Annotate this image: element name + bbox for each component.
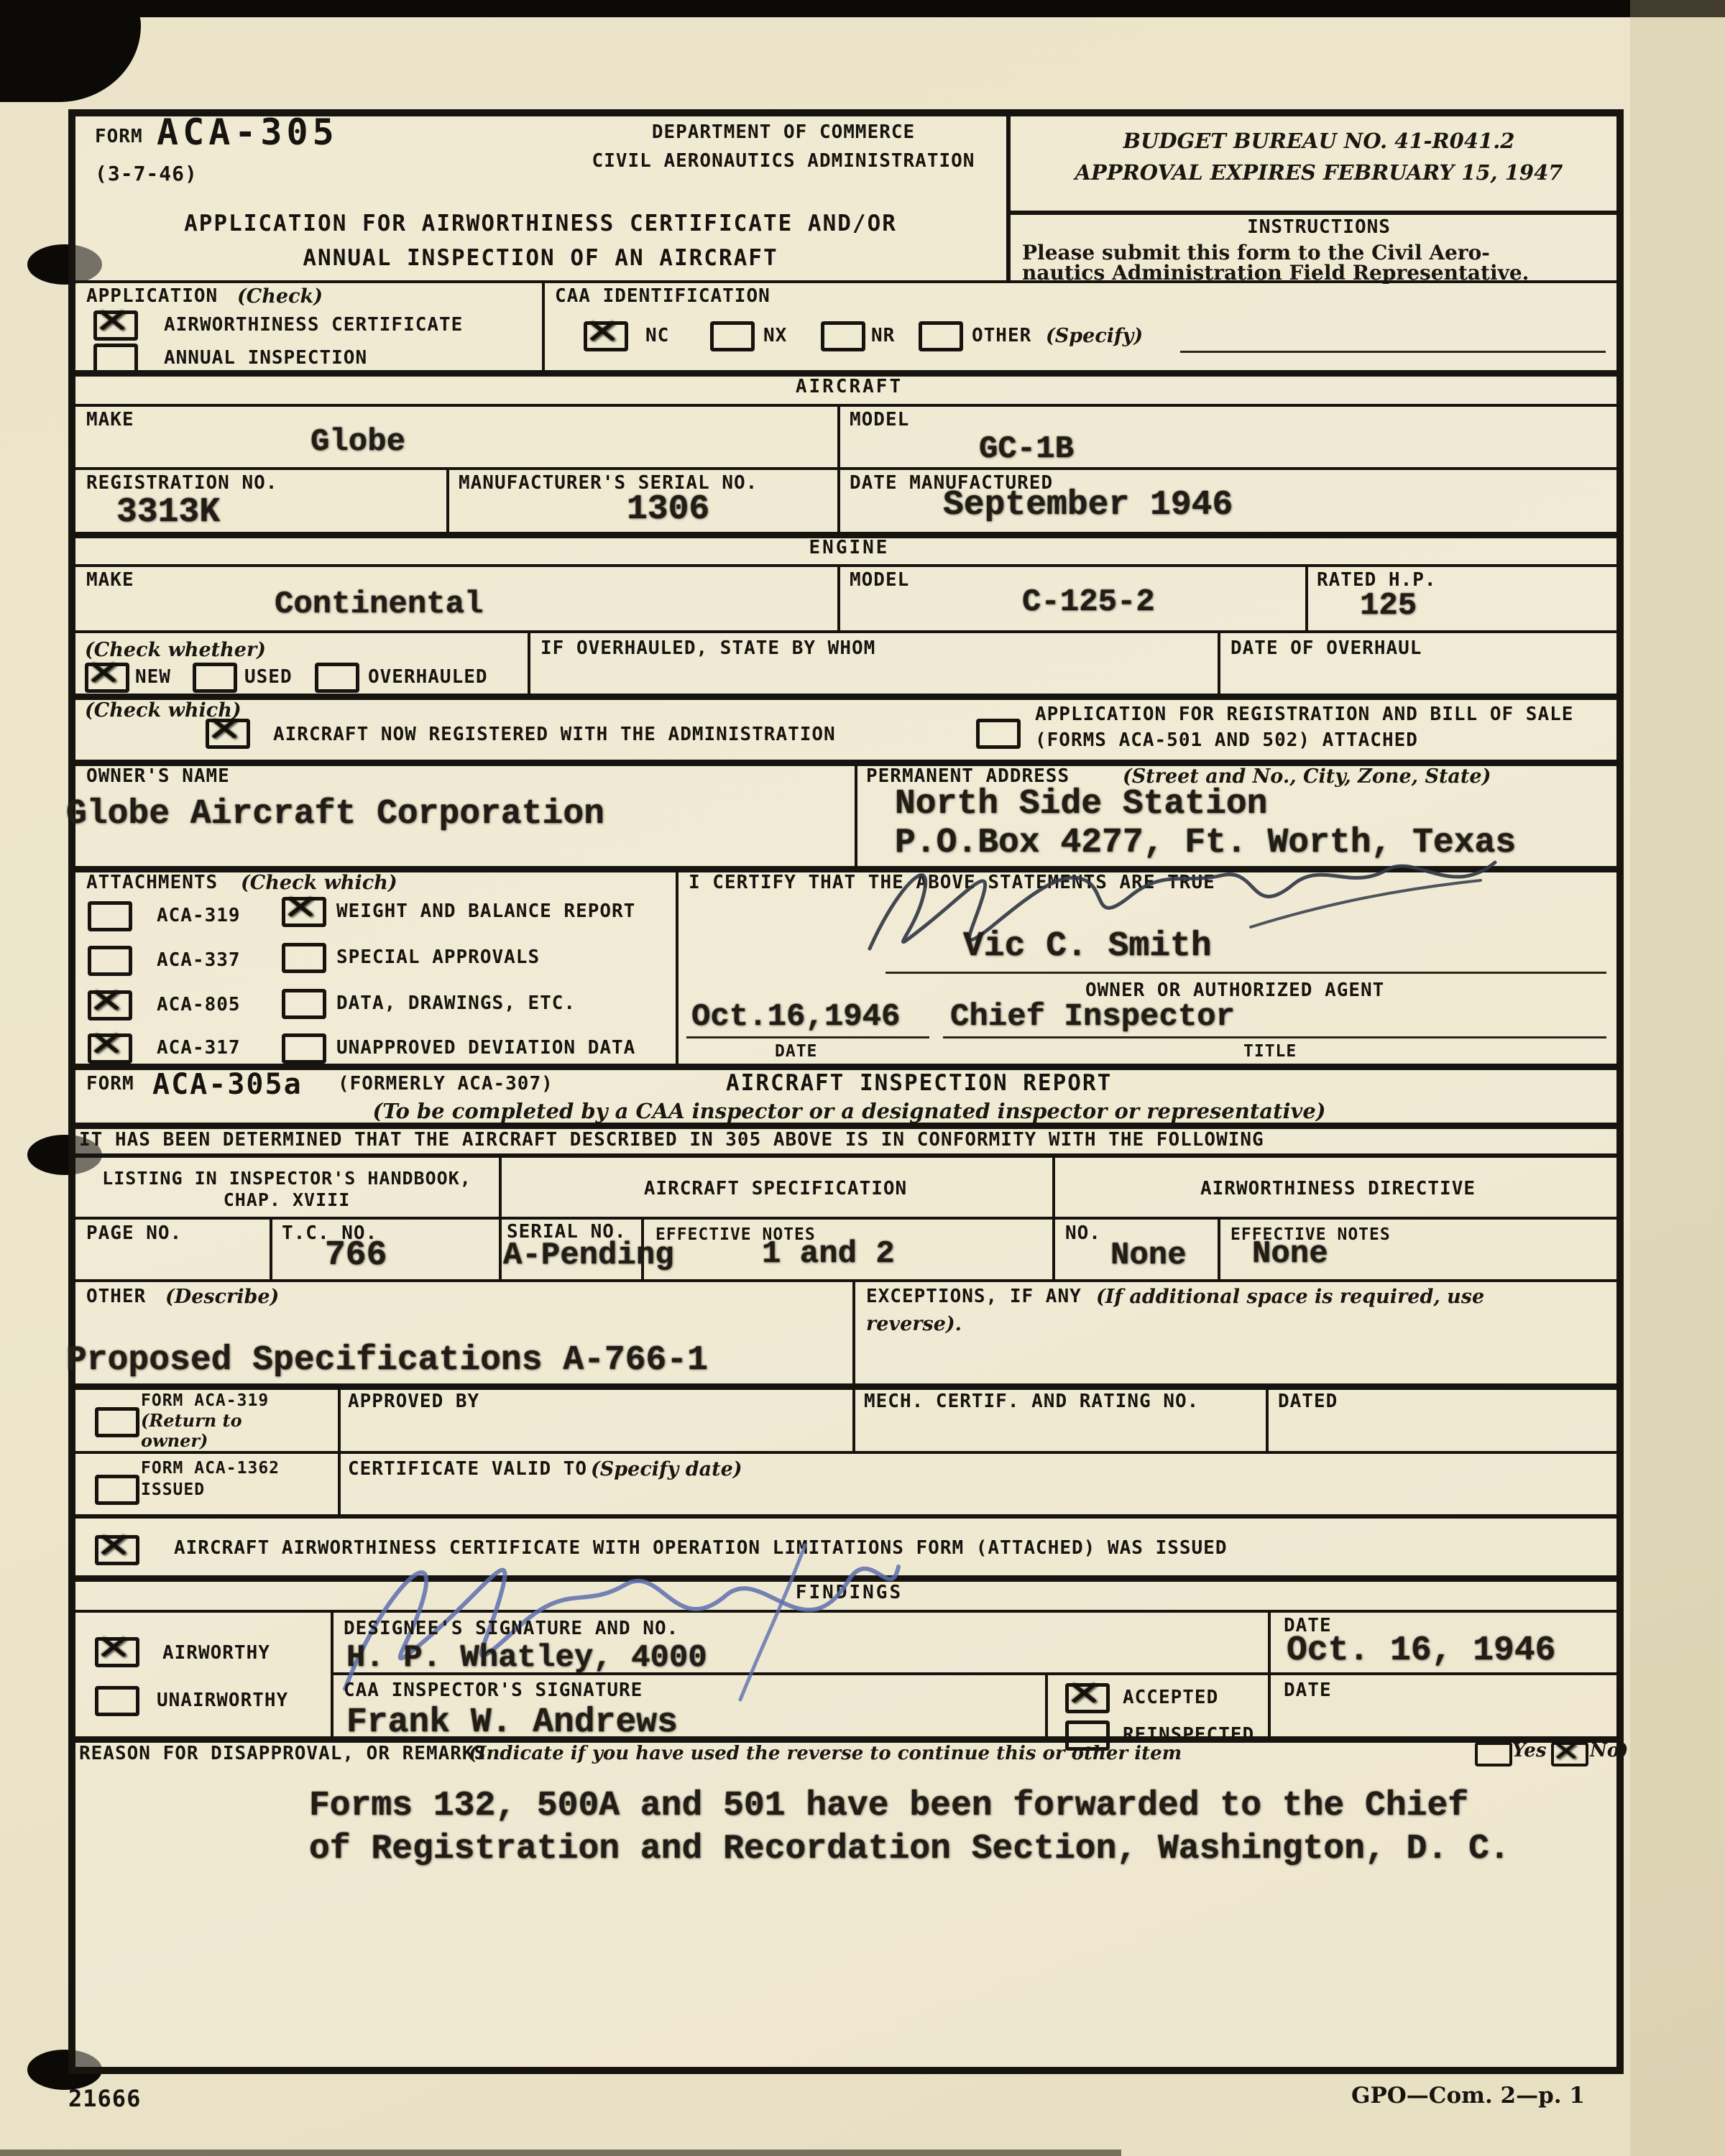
rule bbox=[1218, 1217, 1220, 1279]
approval-expires: APPROVAL EXPIRES FEBRUARY 15, 1947 bbox=[1021, 160, 1617, 185]
report-subtitle: (To be completed by a CAA inspector or a… bbox=[75, 1098, 1624, 1124]
engine-make-label: MAKE bbox=[86, 570, 134, 591]
exceptions-note1: (If additional space is required, use bbox=[1096, 1285, 1484, 1309]
form-aca-319-note1: (Return to bbox=[141, 1410, 242, 1432]
form-number: ACA-305 bbox=[157, 112, 339, 154]
accepted-checkbox[interactable]: ✕ bbox=[1065, 1683, 1110, 1713]
rule bbox=[75, 1153, 1616, 1158]
page-no-label: PAGE NO. bbox=[86, 1223, 182, 1245]
airworthiness-directive-header: AIRWORTHINESS DIRECTIVE bbox=[1052, 1179, 1624, 1200]
approved-by-label: APPROVED BY bbox=[348, 1391, 479, 1413]
rule bbox=[528, 630, 530, 694]
aca-319-checkbox[interactable]: ✕ bbox=[88, 901, 132, 931]
rule bbox=[75, 280, 1616, 283]
department-line: DEPARTMENT OF COMMERCE bbox=[561, 122, 1006, 144]
rule bbox=[1218, 630, 1220, 694]
overhauled-by-label: IF OVERHAULED, STATE BY WHOM bbox=[540, 638, 875, 660]
rule bbox=[837, 564, 840, 630]
application-attached-line2: (FORMS ACA-501 AND 502) ATTACHED bbox=[1035, 730, 1418, 752]
nx-label: NX bbox=[763, 326, 787, 347]
caa-identification-label: CAA IDENTIFICATION bbox=[555, 286, 770, 308]
aca-337-checkbox[interactable]: ✕ bbox=[88, 946, 132, 976]
form-word-label: FORM bbox=[95, 126, 143, 148]
data-drawings-label: DATA, DRAWINGS, ETC. bbox=[336, 993, 576, 1015]
owners-name-label: OWNER'S NAME bbox=[86, 766, 230, 788]
budget-box-divider bbox=[1009, 211, 1624, 215]
aircraft-specification-header: AIRCRAFT SPECIFICATION bbox=[499, 1179, 1052, 1200]
unairworthy-label: UNAIRWORTHY bbox=[157, 1690, 288, 1712]
unapproved-deviation-checkbox[interactable]: ✕ bbox=[282, 1033, 326, 1064]
rule bbox=[1266, 1383, 1269, 1451]
form-aca-319-checkbox[interactable]: ✕ bbox=[95, 1407, 139, 1437]
aircraft-make-value: Globe bbox=[310, 425, 405, 459]
designee-signature-value: H. P. Whatley, 4000 bbox=[346, 1641, 707, 1674]
footer-stock-number: 21666 bbox=[68, 2086, 141, 2112]
date-manufactured-value: September 1946 bbox=[943, 487, 1233, 523]
rule bbox=[75, 1123, 1616, 1129]
aircraft-registered-label: AIRCRAFT NOW REGISTERED WITH THE ADMINIS… bbox=[273, 724, 836, 746]
overhauled-label: OVERHAULED bbox=[368, 667, 488, 688]
listing-handbook-line2: CHAP. XVIII bbox=[75, 1190, 499, 1211]
certificate-valid-note: (Specify date) bbox=[591, 1457, 742, 1482]
rule bbox=[75, 1217, 1616, 1220]
scan-bottom-edge bbox=[0, 2150, 1121, 2156]
report-title: AIRCRAFT INSPECTION REPORT bbox=[726, 1071, 1112, 1097]
designee-signature-label: DESIGNEE'S SIGNATURE AND NO. bbox=[344, 1618, 678, 1640]
report-form-note: (FORMERLY ACA-307) bbox=[338, 1074, 553, 1095]
rule bbox=[676, 866, 678, 1064]
other-checkbox[interactable]: ✕ bbox=[919, 321, 963, 351]
aircraft-registered-checkbox[interactable]: ✕ bbox=[206, 719, 250, 749]
weight-balance-checkbox[interactable]: ✕ bbox=[282, 897, 326, 927]
engine-make-value: Continental bbox=[275, 588, 483, 621]
date-of-overhaul-label: DATE OF OVERHAUL bbox=[1230, 638, 1422, 660]
annual-inspection-checkbox[interactable]: ✕ bbox=[93, 344, 138, 374]
aircraft-model-label: MODEL bbox=[850, 410, 909, 431]
rule bbox=[75, 404, 1616, 407]
airworthy-label: AIRWORTHY bbox=[162, 1643, 270, 1664]
rule bbox=[837, 467, 840, 532]
aircraft-make-label: MAKE bbox=[86, 410, 134, 431]
certify-title-line[interactable] bbox=[943, 1036, 1606, 1038]
rule bbox=[75, 1383, 1616, 1390]
remarks-no-label: No) bbox=[1590, 1739, 1628, 1763]
check-mark: ✕ bbox=[94, 304, 130, 338]
reason-label: REASON FOR DISAPPROVAL, OR REMARKS bbox=[79, 1743, 486, 1765]
other-describe-label: OTHER bbox=[86, 1286, 146, 1308]
rule bbox=[75, 630, 1616, 633]
remarks-line2: of Registration and Recordation Section,… bbox=[309, 1831, 1510, 1867]
exceptions-note2: reverse). bbox=[866, 1312, 962, 1337]
rule bbox=[270, 1217, 272, 1279]
ad-no-value: None bbox=[1110, 1239, 1187, 1272]
other-describe-value: Proposed Specifications A-766-1 bbox=[66, 1342, 708, 1378]
form-aca-319-note2: owner) bbox=[141, 1430, 208, 1452]
used-label: USED bbox=[244, 667, 293, 688]
certify-date-value: Oct.16,1946 bbox=[691, 1000, 900, 1033]
nc-label: NC bbox=[645, 326, 669, 347]
ad-no-label: NO. bbox=[1065, 1223, 1101, 1245]
overhauled-checkbox[interactable]: ✕ bbox=[315, 663, 359, 693]
ad-eff-notes-value: None bbox=[1252, 1238, 1328, 1271]
aca-317-checkbox[interactable]: ✕ bbox=[88, 1033, 132, 1064]
form-title-line2: ANNUAL INSPECTION OF AN AIRCRAFT bbox=[75, 246, 1006, 272]
aircraft-section-title: AIRCRAFT bbox=[75, 377, 1624, 398]
certificate-valid-label: CERTIFICATE VALID TO bbox=[348, 1459, 587, 1480]
rule bbox=[837, 404, 840, 467]
certificate-issued-checkbox[interactable]: ✕ bbox=[95, 1535, 139, 1565]
mech-certif-label: MECH. CERTIF. AND RATING NO. bbox=[864, 1391, 1199, 1413]
owners-name-value: Globe Aircraft Corporation bbox=[66, 796, 604, 832]
serial-no-value: 1306 bbox=[627, 492, 709, 528]
rule bbox=[1305, 564, 1308, 630]
nr-checkbox[interactable]: ✕ bbox=[821, 321, 865, 351]
rule bbox=[75, 1279, 1616, 1282]
rule bbox=[75, 1064, 1616, 1070]
new-check-mark-overlay: ✕ bbox=[85, 663, 129, 693]
form-aca-1362-checkbox[interactable]: ✕ bbox=[95, 1475, 139, 1505]
engine-section-title: ENGINE bbox=[75, 538, 1624, 559]
report-form-word: FORM bbox=[86, 1074, 134, 1095]
spec-serial-value: A-Pending bbox=[503, 1239, 674, 1272]
accepted-label: ACCEPTED bbox=[1123, 1687, 1218, 1709]
aca-337-label: ACA-337 bbox=[157, 950, 241, 972]
special-approvals-checkbox[interactable]: ✕ bbox=[282, 943, 326, 973]
rule bbox=[75, 694, 1616, 700]
findings-date-value: Oct. 16, 1946 bbox=[1287, 1633, 1555, 1669]
attachments-note: (Check which) bbox=[241, 871, 397, 895]
form-title-line1: APPLICATION FOR AIRWORTHINESS CERTIFICAT… bbox=[75, 211, 1006, 237]
other-describe-note: (Describe) bbox=[165, 1285, 279, 1309]
caa-inspector-signature-value: Frank W. Andrews bbox=[346, 1705, 678, 1741]
rule bbox=[542, 280, 545, 370]
rule bbox=[1045, 1672, 1048, 1736]
scan-corner-blob bbox=[0, 0, 141, 102]
application-attached-line1: APPLICATION FOR REGISTRATION AND BILL OF… bbox=[1035, 704, 1573, 726]
scanned-form-page: FORM ACA-305 (3-7-46) DEPARTMENT OF COMM… bbox=[0, 0, 1725, 2156]
spec-eff-notes-value: 1 and 2 bbox=[762, 1238, 895, 1271]
form-aca-1362-label: FORM ACA-1362 bbox=[141, 1459, 280, 1478]
form-edition-date: (3-7-46) bbox=[95, 162, 198, 185]
form-aca-1362-issued: ISSUED bbox=[141, 1480, 205, 1499]
airworthiness-certificate-label: AIRWORTHINESS CERTIFICATE bbox=[164, 315, 463, 336]
other-label: OTHER bbox=[972, 326, 1031, 347]
owner-signature-line[interactable] bbox=[885, 972, 1606, 974]
attachments-label: ATTACHMENTS bbox=[86, 872, 218, 894]
new-label: NEW bbox=[135, 667, 171, 688]
nc-checkbox[interactable]: ✕ bbox=[584, 321, 628, 351]
tc-no-value: 766 bbox=[325, 1238, 387, 1273]
certify-date-label: DATE bbox=[775, 1042, 817, 1061]
weight-balance-label: WEIGHT AND BALANCE REPORT bbox=[336, 901, 635, 923]
remarks-yes-label: Yes bbox=[1512, 1739, 1546, 1763]
rule bbox=[75, 1451, 1616, 1454]
address-line1: North Side Station bbox=[895, 786, 1267, 822]
owner-signature-name: Vic C. Smith bbox=[963, 929, 1212, 964]
registration-no-label: REGISTRATION NO. bbox=[86, 473, 277, 494]
remarks-yes-checkbox[interactable]: ✕ bbox=[1475, 1742, 1512, 1766]
other-note: (Specify) bbox=[1046, 324, 1143, 349]
instructions-title: INSTRUCTIONS bbox=[1021, 217, 1617, 239]
aca-319-label: ACA-319 bbox=[157, 906, 241, 927]
registration-no-value: 3313K bbox=[116, 494, 220, 530]
administration-line: CIVIL AERONAUTICS ADMINISTRATION bbox=[561, 151, 1006, 172]
nr-label: NR bbox=[871, 326, 895, 347]
engine-model-value: C-125-2 bbox=[1022, 586, 1155, 619]
application-note: (Check) bbox=[237, 285, 323, 309]
budget-bureau-no: BUDGET BUREAU NO. 41-R041.2 bbox=[1021, 128, 1617, 154]
remarks-no-checkbox[interactable]: ✕ bbox=[1551, 1742, 1588, 1766]
aca-317-label: ACA-317 bbox=[157, 1038, 241, 1059]
remarks-line1: Forms 132, 500A and 501 have been forwar… bbox=[309, 1788, 1468, 1824]
used-checkbox[interactable]: ✕ bbox=[193, 663, 237, 693]
annual-inspection-label: ANNUAL INSPECTION bbox=[164, 348, 367, 369]
paper-right-margin bbox=[1630, 0, 1725, 2156]
rule bbox=[446, 467, 449, 532]
aircraft-model-value: GC-1B bbox=[979, 433, 1074, 466]
application-attached-checkbox[interactable]: ✕ bbox=[976, 719, 1021, 749]
aca-805-label: ACA-805 bbox=[157, 995, 241, 1016]
certify-title-value: Chief Inspector bbox=[950, 1000, 1235, 1033]
airworthiness-certificate-checkbox[interactable]: ✕ bbox=[93, 310, 138, 341]
certify-date-line[interactable] bbox=[686, 1036, 929, 1038]
rule bbox=[75, 467, 1616, 470]
form-aca-319-label: FORM ACA-319 bbox=[141, 1391, 269, 1410]
unapproved-deviation-label: UNAPPROVED DEVIATION DATA bbox=[336, 1038, 635, 1059]
special-approvals-label: SPECIAL APPROVALS bbox=[336, 947, 540, 969]
rule bbox=[338, 1383, 341, 1514]
nx-checkbox[interactable]: ✕ bbox=[710, 321, 755, 351]
rule bbox=[75, 564, 1616, 567]
footer-gpo: GPO—Com. 2—p. 1 bbox=[1351, 2083, 1585, 2109]
data-drawings-checkbox[interactable]: ✕ bbox=[282, 989, 326, 1019]
caa-inspector-signature-label: CAA INSPECTOR'S SIGNATURE bbox=[344, 1680, 643, 1702]
listing-handbook-line1: LISTING IN INSPECTOR'S HANDBOOK, bbox=[75, 1169, 499, 1189]
header-divider bbox=[1006, 109, 1011, 280]
reason-note: (Indicate if you have used the reverse t… bbox=[469, 1742, 1182, 1766]
unairworthy-checkbox[interactable]: ✕ bbox=[95, 1686, 139, 1716]
airworthy-checkbox[interactable]: ✕ bbox=[95, 1637, 139, 1667]
serial-no-label: MANUFACTURER'S SERIAL NO. bbox=[459, 473, 758, 494]
conformity-statement: IT HAS BEEN DETERMINED THAT THE AIRCRAFT… bbox=[79, 1130, 1264, 1151]
report-form-number: ACA-305a bbox=[152, 1068, 303, 1101]
dated-label: DATED bbox=[1278, 1391, 1338, 1413]
rated-hp-value: 125 bbox=[1360, 589, 1417, 622]
engine-model-label: MODEL bbox=[850, 570, 909, 591]
other-specify-line[interactable] bbox=[1180, 351, 1606, 353]
exceptions-label: EXCEPTIONS, IF ANY bbox=[866, 1286, 1082, 1308]
scan-top-edge bbox=[0, 0, 1725, 17]
findings-date2-label: DATE bbox=[1284, 1680, 1332, 1702]
aca-805-checkbox[interactable]: ✕ bbox=[88, 990, 132, 1021]
certify-title-label: TITLE bbox=[1243, 1042, 1297, 1061]
rule bbox=[852, 1279, 855, 1451]
